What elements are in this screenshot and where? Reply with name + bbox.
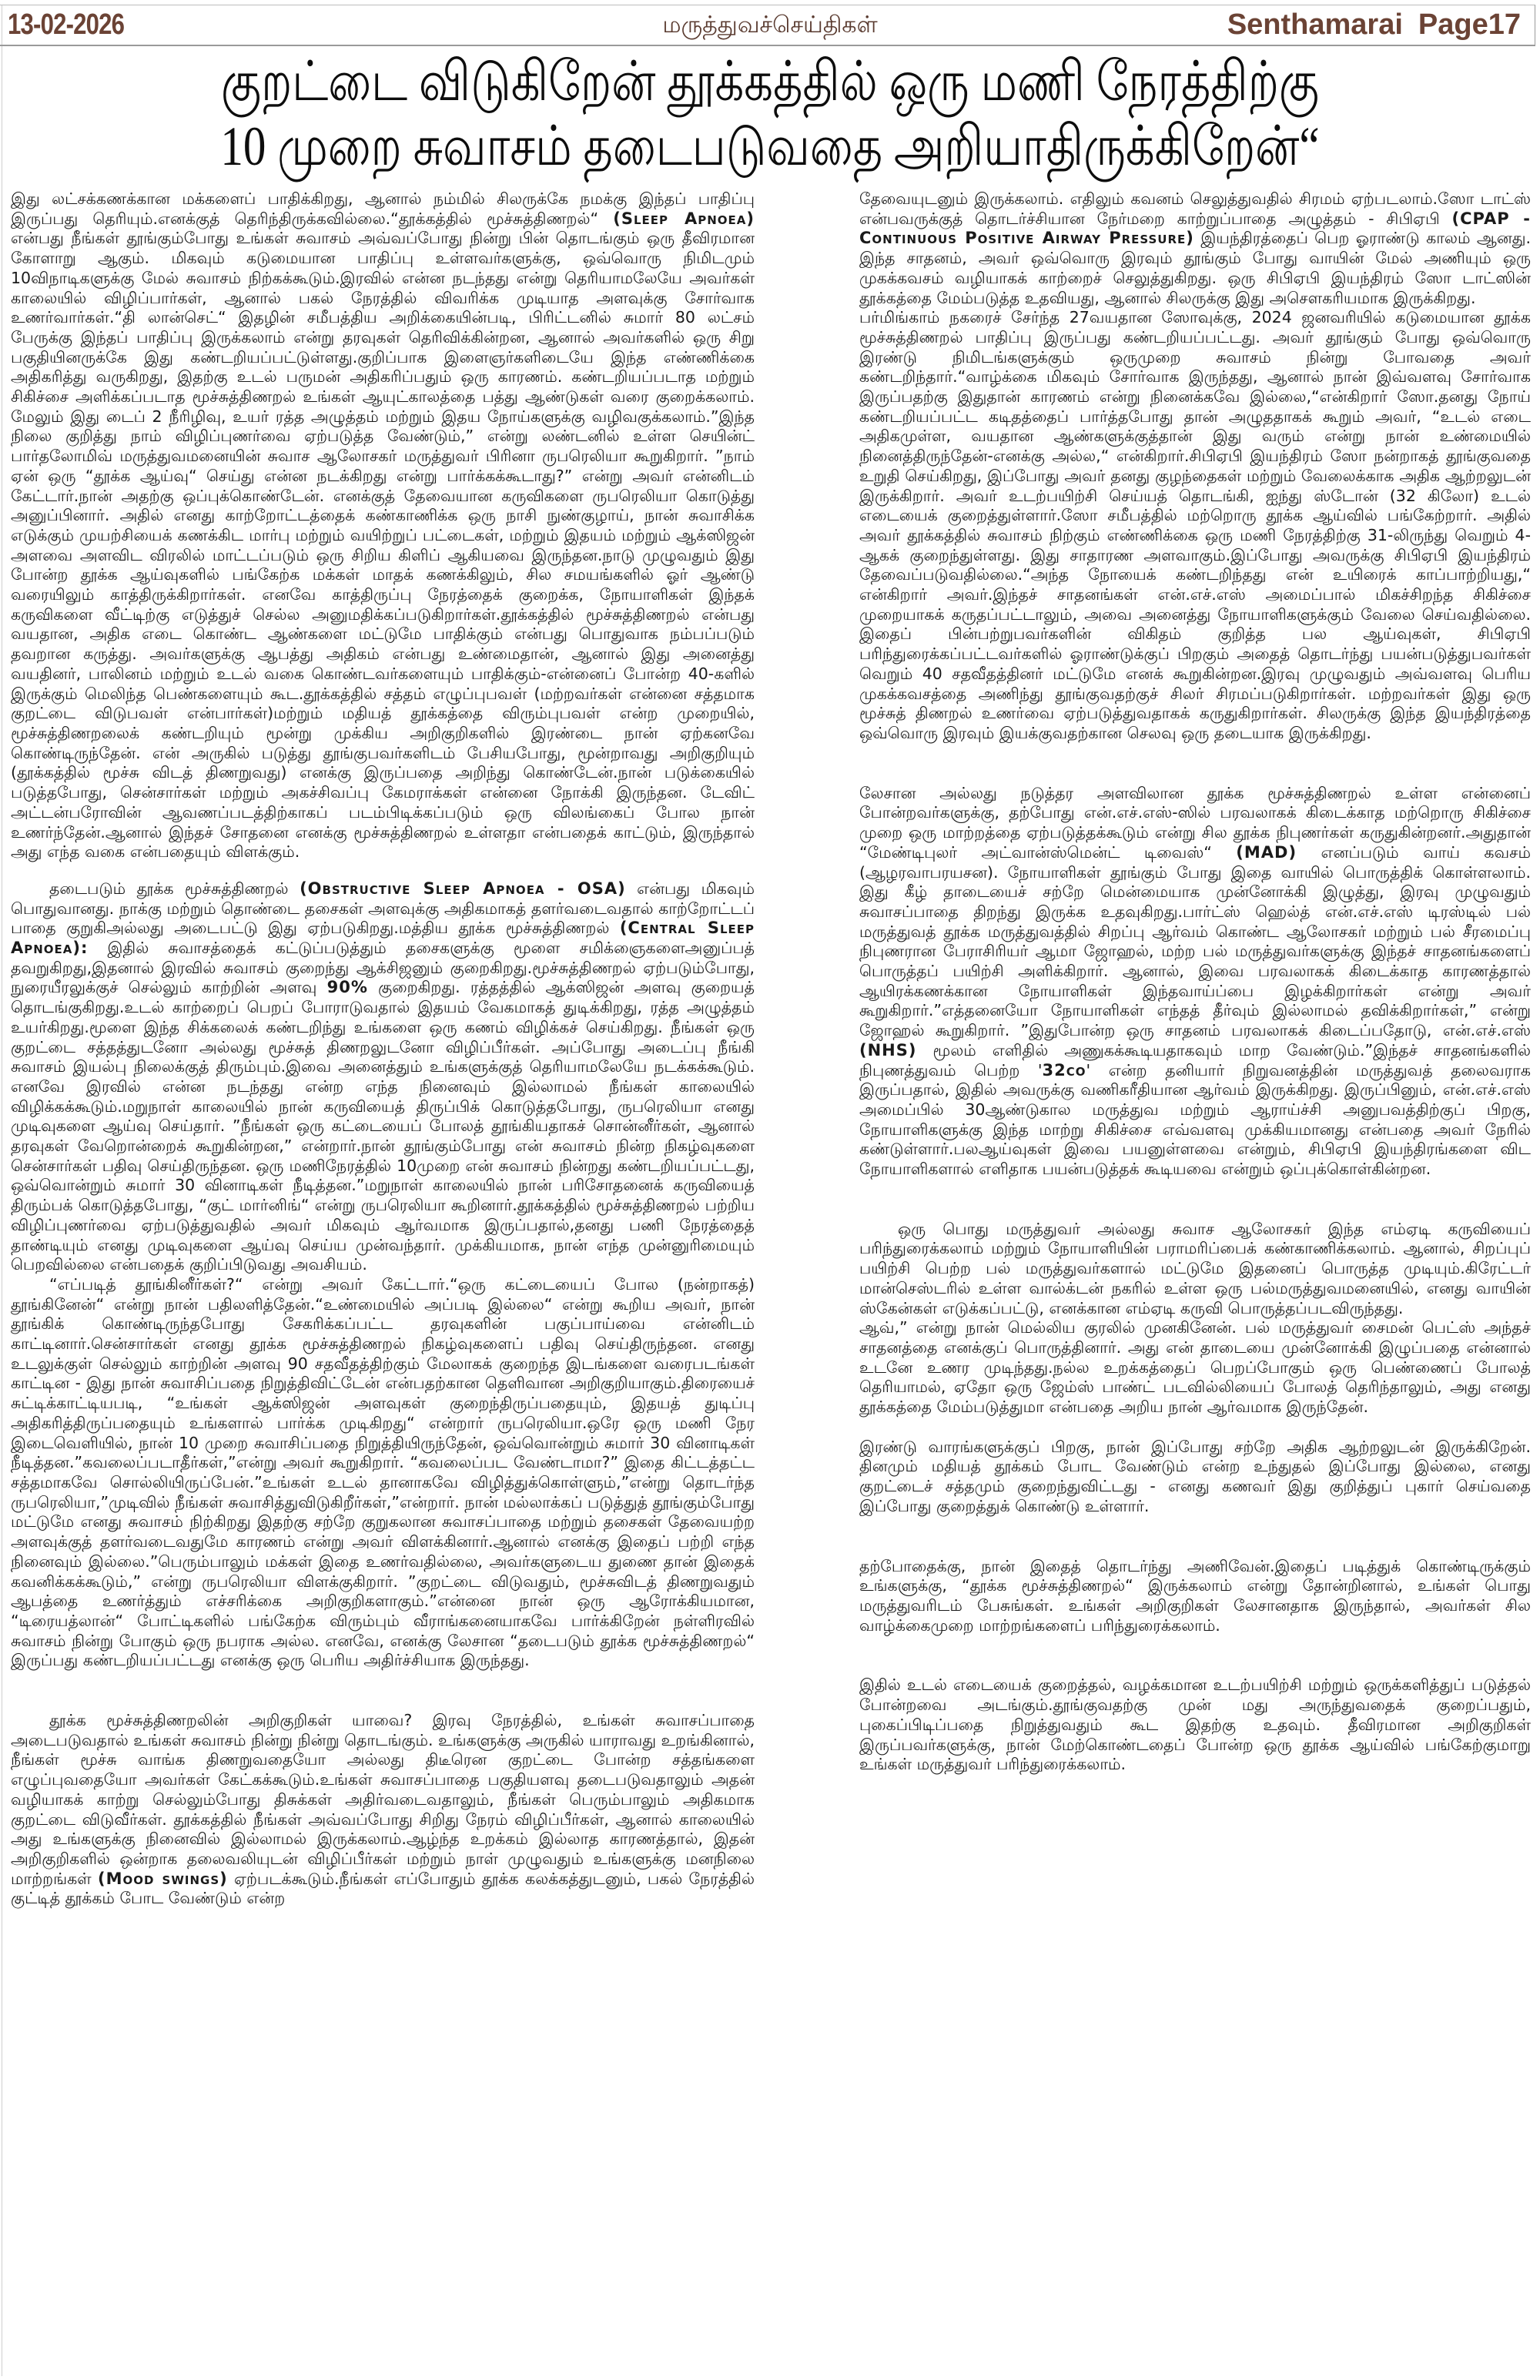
english-term: (MAD) xyxy=(1236,843,1297,862)
paragraph-lifestyle: இதில் உடல் எடையைக் குறைத்தல், வழக்கமான உ… xyxy=(859,1675,1531,1775)
page-number: Page17 xyxy=(1418,8,1521,41)
paragraph-advice: தற்போதைக்கு, நான் இதைத் தொடர்ந்து அணிவேன… xyxy=(859,1557,1531,1636)
paragraph-two-weeks: இரண்டு வாரங்களுக்குப் பிறகு, நான் இப்போத… xyxy=(859,1438,1531,1517)
percentage-value: 90% xyxy=(327,978,368,996)
english-term: (Sleep Apnoea) xyxy=(613,209,755,228)
paragraph-intro: இது லட்சக்கணக்கான மக்களைப் பாதிக்கிறது, … xyxy=(11,189,755,862)
article-headline: குறட்டை விடுகிறேன் தூக்கத்தில் ஒரு மணி ந… xyxy=(0,49,1540,179)
paragraph-sleep-study-results: “எப்படித் தூங்கினீர்கள்?“ என்று அவர் கேட… xyxy=(11,1275,755,1671)
publication-name: Senthamarai xyxy=(1227,8,1403,41)
headline-line-2: 10 முறை சுவாசம் தடைபடுவதை அறியாதிருக்கிற… xyxy=(139,114,1401,179)
paragraph-symptoms: தூக்க மூச்சுத்திணறலின் அறிகுறிகள் யாவை? … xyxy=(11,1711,755,1909)
masthead: 13-02-2026 மருத்துவச்செய்திகள் Senthamar… xyxy=(0,5,1535,46)
paragraph-dentist: ஆவ்,” என்று நான் மெல்லிய குரலில் முனகினே… xyxy=(859,1318,1531,1418)
paragraph-apnoea-types: தடைபடும் தூக்க மூச்சுத்திணறல் (Obstructi… xyxy=(11,879,755,1275)
english-term: (Obstructive Sleep Apnoea - OSA) xyxy=(300,879,626,898)
paragraph-fitting: ஒரு பொது மருத்துவர் அல்லது சுவாச ஆலோசகர்… xyxy=(859,1220,1531,1319)
company-name: 32co xyxy=(1043,1061,1086,1080)
issue-date: 13-02-2026 xyxy=(8,8,124,42)
article-right-column: தேவையுடனும் இருக்கலாம். எதிலும் கவனம் செ… xyxy=(859,189,1531,1775)
paragraph-zoe-story: பர்மிங்காம் நகரைச் சேர்ந்த 27வயதான ஸோவுக… xyxy=(859,308,1531,743)
article-left-column: இது லட்சக்கணக்கான மக்களைப் பாதிக்கிறது, … xyxy=(11,189,755,1909)
paragraph-cpap: தேவையுடனும் இருக்கலாம். எதிலும் கவனம் செ… xyxy=(859,189,1531,308)
headline-line-1: குறட்டை விடுகிறேன் தூக்கத்தில் ஒரு மணி ந… xyxy=(139,49,1401,114)
paragraph-mad-device: லேசான அல்லது நடுத்தர அளவிலான தூக்க மூச்ச… xyxy=(859,784,1531,1180)
publication-info: SenthamaraiPage17 xyxy=(1227,8,1521,42)
section-title: மருத்துவச்செய்திகள் xyxy=(570,12,970,42)
english-term: (Mood swings) xyxy=(98,1870,228,1888)
english-term: (NHS) xyxy=(859,1041,916,1059)
